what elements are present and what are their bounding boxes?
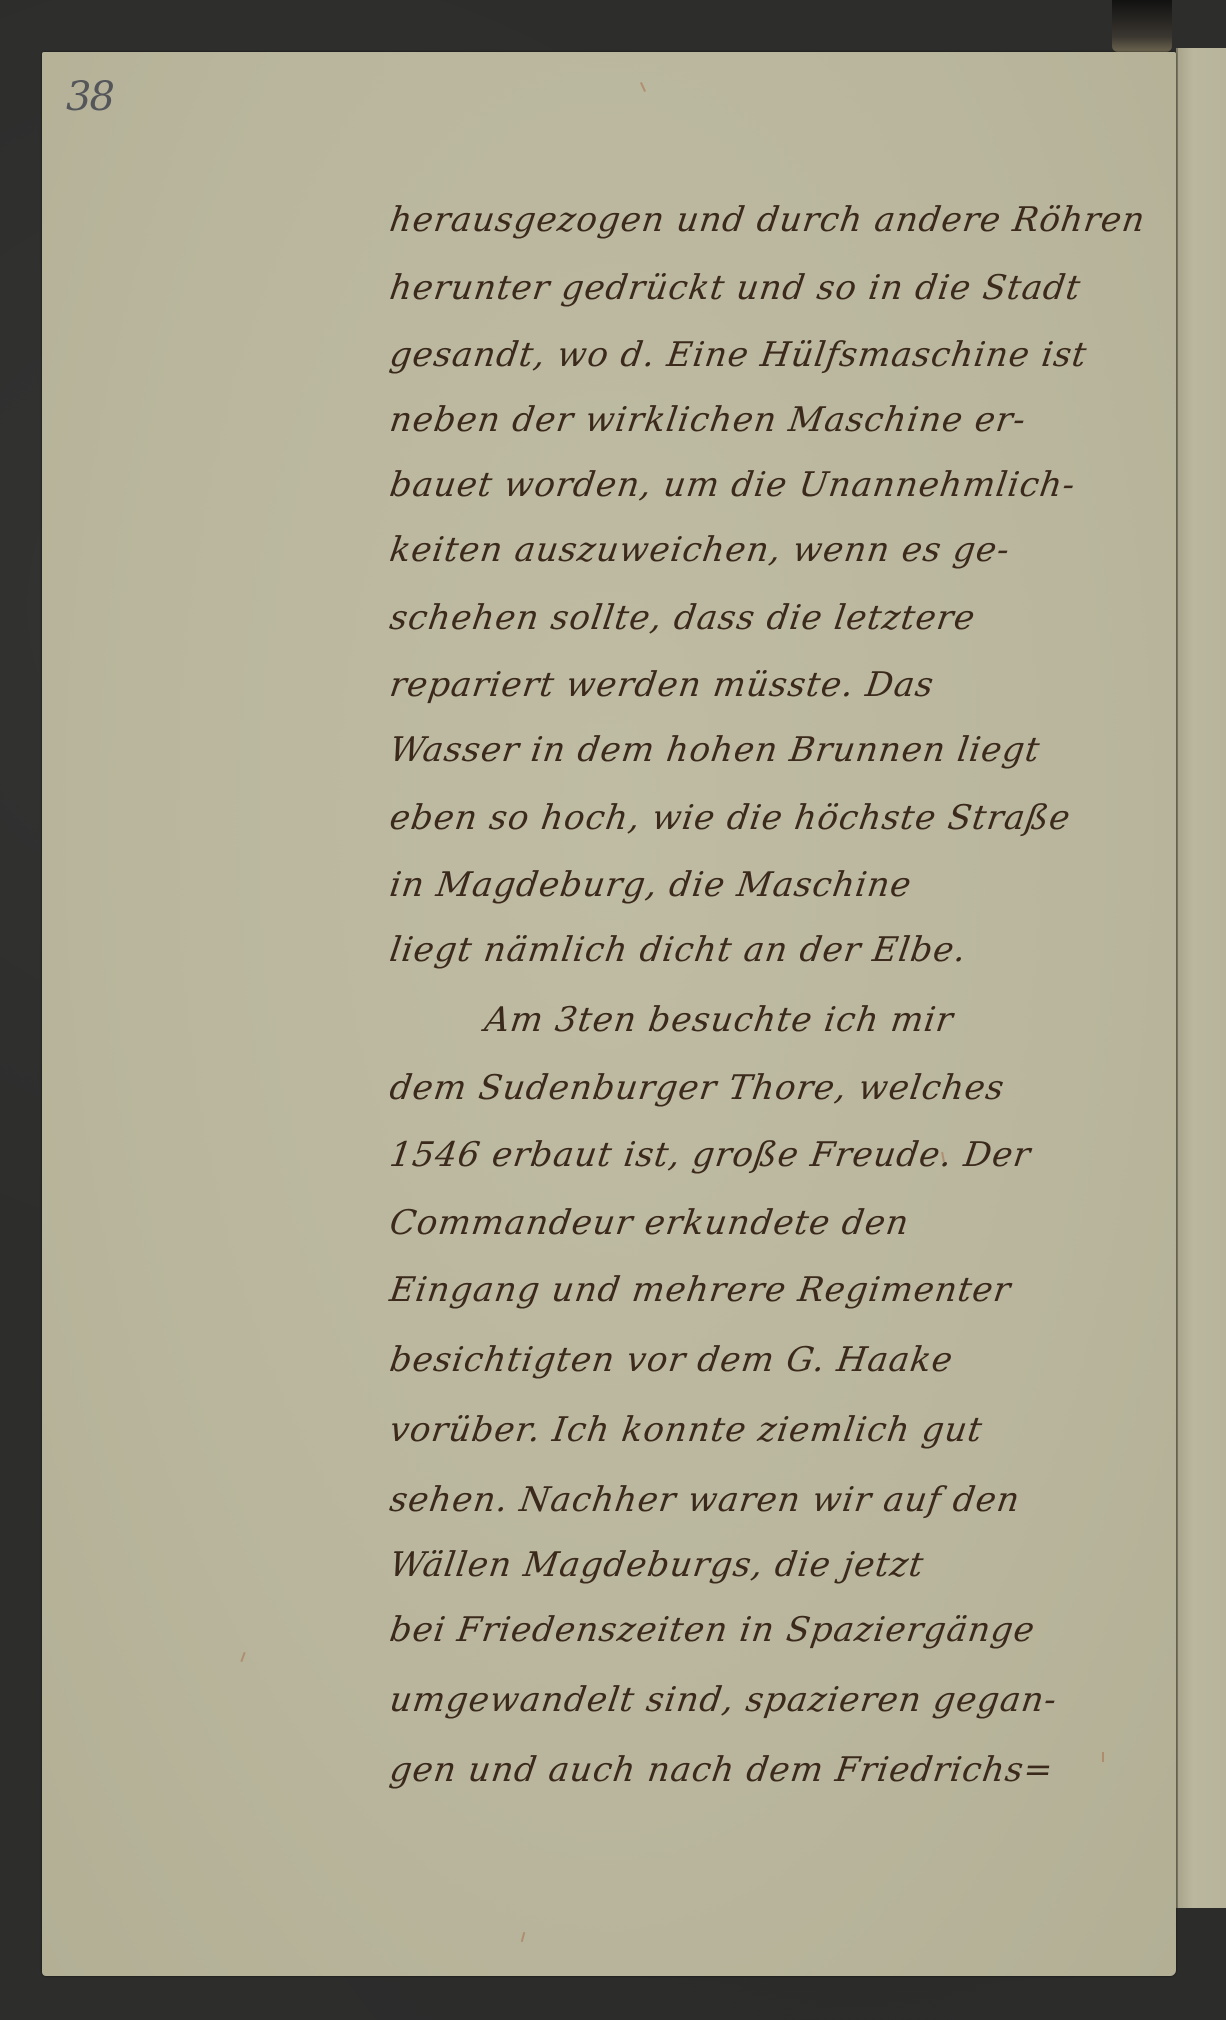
text-line: gen und auch nach dem Friedrichs=: [387, 1750, 1056, 1790]
folio-number: 38: [66, 74, 113, 120]
text-line: vorüber. Ich konnte ziemlich gut: [387, 1410, 985, 1450]
text-line: 1546 erbaut ist, große Freude. Der: [387, 1135, 1033, 1175]
text-line: herunter gedrückt und so in die Stadt: [387, 268, 1083, 308]
paper-fleck: [240, 1652, 245, 1662]
text-line: Wasser in dem hohen Brunnen liegt: [387, 730, 1043, 770]
text-line: herausgezogen und durch andere Röhren: [387, 200, 1148, 240]
text-line: Eingang und mehrere Regimenter: [387, 1270, 1014, 1310]
text-line: eben so hoch, wie die höchste Straße: [387, 798, 1073, 838]
text-line: sehen. Nachher waren wir auf den: [387, 1480, 1023, 1520]
adjacent-leaf-edge: [1176, 48, 1226, 1908]
text-line: Wällen Magdeburgs, die jetzt: [387, 1545, 926, 1585]
text-line: Am 3ten besuchte ich mir: [482, 1000, 956, 1040]
paper-fleck: [640, 82, 646, 92]
text-line: dem Sudenburger Thore, welches: [387, 1068, 1007, 1108]
text-line: Commandeur erkundete den: [387, 1203, 912, 1243]
text-line: in Magdeburg, die Maschine: [387, 865, 914, 905]
text-line: keiten auszuweichen, wenn es ge-: [387, 530, 1012, 570]
paper-fleck: [521, 1932, 526, 1942]
paper-fleck: [1102, 1752, 1104, 1762]
text-line: besichtigten vor dem G. Haake: [387, 1340, 956, 1380]
text-line: liegt nämlich dicht an der Elbe.: [387, 930, 969, 970]
binding-clip: [1112, 0, 1172, 52]
text-line: bei Friedenszeiten in Spaziergänge: [387, 1610, 1038, 1650]
text-line: schehen sollte, dass die letztere: [387, 598, 978, 638]
text-line: bauet worden, um die Unannehmlich-: [387, 465, 1078, 505]
text-line: umgewandelt sind, spazieren gegan-: [387, 1680, 1060, 1720]
text-line: gesandt, wo d. Eine Hülfsmaschine ist: [387, 335, 1089, 375]
text-line: neben der wirklichen Maschine er-: [387, 400, 1029, 440]
text-line: repariert werden müsste. Das: [387, 665, 936, 705]
